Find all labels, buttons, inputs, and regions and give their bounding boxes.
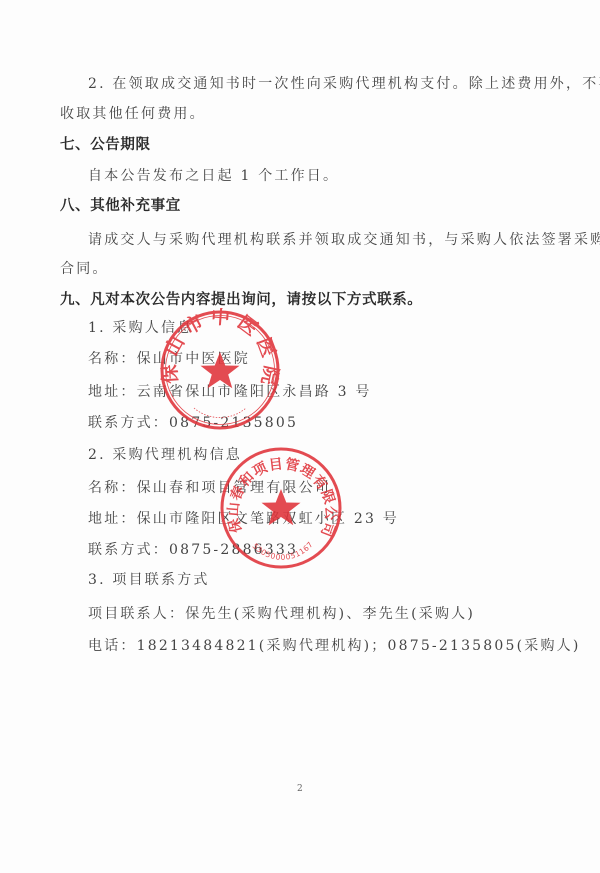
payment-item-2-line-1: 2. 在领取成交通知书时一次性向采购代理机构支付。除上述费用外，不再 [88, 75, 600, 93]
document-page: 2. 在领取成交通知书时一次性向采购代理机构支付。除上述费用外，不再 收取其他任… [0, 0, 600, 873]
section-7-body: 自本公告发布之日起 1 个工作日。 [88, 167, 339, 185]
purchaser-name: 名称：保山市中医医院 [88, 350, 250, 368]
purchaser-address: 地址：云南省保山市隆阳区永昌路 3 号 [88, 383, 372, 401]
agency-info-title: 2. 采购代理机构信息 [88, 446, 242, 464]
purchaser-info-title: 1. 采购人信息 [88, 319, 193, 337]
project-contact-title: 3. 项目联系方式 [88, 571, 210, 589]
purchaser-contact: 联系方式：0875-2135805 [88, 414, 298, 432]
section-8-body-line-1: 请成交人与采购代理机构联系并领取成交通知书，与采购人依法签署采购 [88, 231, 600, 249]
section-8-heading: 八、其他补充事宜 [60, 197, 181, 215]
agency-address: 地址：保山市隆阳区文笔路双虹小区 23 号 [88, 510, 399, 528]
project-contact-phone: 电话：18213484821(采购代理机构)；0875-2135805(采购人) [88, 637, 581, 655]
section-8-body-line-2: 合同。 [60, 260, 109, 278]
section-9-heading: 九、凡对本次公告内容提出询问，请按以下方式联系。 [60, 291, 422, 309]
section-7-heading: 七、公告期限 [60, 136, 151, 154]
agency-contact: 联系方式：0875-2886333 [88, 541, 298, 559]
agency-name: 名称：保山春和项目管理有限公司 [88, 479, 331, 497]
page-number: 2 [297, 784, 303, 794]
payment-item-2-line-2: 收取其他任何费用。 [60, 105, 206, 123]
project-contact-person: 项目联系人：保先生(采购代理机构)、李先生(采购人) [88, 605, 475, 623]
